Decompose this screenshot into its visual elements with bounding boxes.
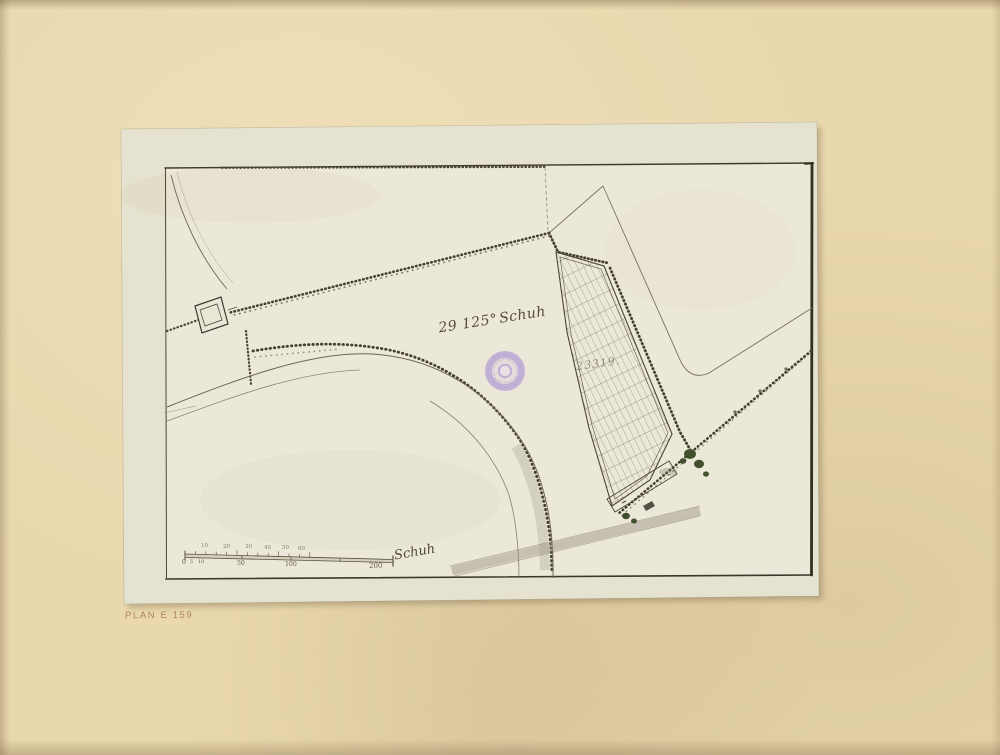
- drawing-area: [120, 163, 813, 579]
- scale-tick-label: 50: [282, 546, 289, 552]
- scale-tick-label: 10: [201, 544, 208, 550]
- scale-tick-label: 20: [223, 545, 230, 551]
- scanned-plan-photo: 29 125° Schuh 23319. 10 20 30 40 50 60 0…: [0, 0, 1000, 755]
- scale-tick-label: 100: [285, 562, 297, 568]
- scale-tick-label: 50: [237, 561, 245, 567]
- scale-tick-label: 40: [264, 546, 271, 552]
- library-stamp-icon: [488, 354, 522, 388]
- archive-number-label: PLAN E 159: [125, 611, 193, 621]
- scale-tick-label: 0: [182, 560, 186, 566]
- scale-tick-label: 60: [298, 547, 305, 553]
- scale-tick-label: 10: [198, 560, 204, 565]
- plan-drawing: [0, 0, 1000, 755]
- scale-tick-label: 200: [369, 563, 382, 570]
- scale-tick-label: 30: [245, 545, 252, 551]
- scale-tick-label: 5: [190, 560, 193, 565]
